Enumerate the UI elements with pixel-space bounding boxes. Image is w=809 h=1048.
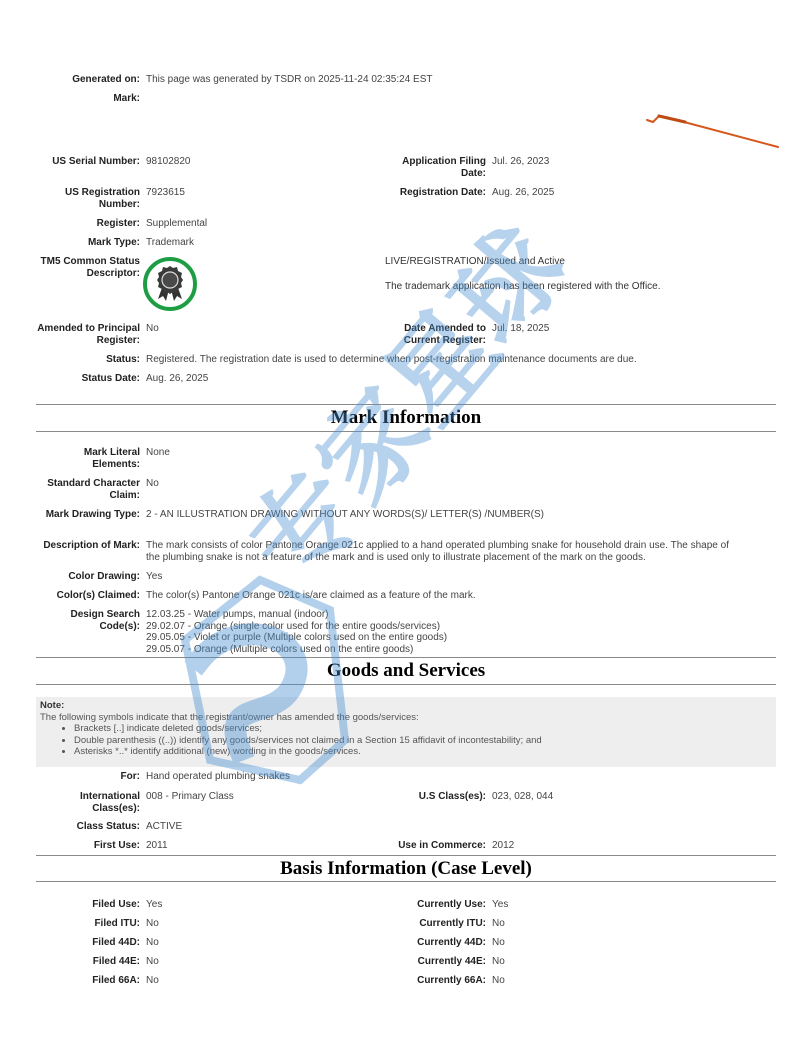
class-status-value: ACTIVE xyxy=(140,821,386,833)
basis-current-label: Currently 44D: xyxy=(376,937,486,949)
amended-principal-value: No xyxy=(140,323,386,347)
status-label: Status: xyxy=(36,354,140,366)
mark-label: Mark: xyxy=(36,93,140,105)
section-basis-information: Basis Information (Case Level) xyxy=(36,855,776,882)
serial-number-row: US Serial Number: 98102820 xyxy=(36,156,386,168)
date-amended-row: Date Amended to Current Register: Jul. 1… xyxy=(376,323,549,347)
basis-filed-value: No xyxy=(140,956,386,968)
us-class-label: U.S Class(es): xyxy=(376,791,486,803)
basis-current-value: Yes xyxy=(486,899,508,911)
class-status-row: Class Status: ACTIVE xyxy=(36,821,386,833)
basis-current-value: No xyxy=(486,937,505,949)
generated-on-value: This page was generated by TSDR on 2025-… xyxy=(140,74,746,86)
first-use-row: First Use: 2011 xyxy=(36,840,386,852)
basis-filed-label: Filed 44E: xyxy=(36,956,140,968)
basis-filed-label: Filed ITU: xyxy=(36,918,140,930)
for-row: For: Hand operated plumbing snakes xyxy=(36,771,386,783)
design-code: 29.02.07 - Orange (single color used for… xyxy=(146,621,746,633)
basis-filed-value: Yes xyxy=(140,899,386,911)
tm5-status: LIVE/REGISTRATION/Issued and Active xyxy=(385,256,765,268)
reg-number-label: US Registration Number: xyxy=(36,187,140,211)
intl-class-label: International Class(es): xyxy=(36,791,140,815)
basis-filed-value: No xyxy=(140,937,386,949)
intl-class-row: International Class(es): 008 - Primary C… xyxy=(36,791,386,815)
drawing-type-value: 2 - AN ILLUSTRATION DRAWING WITHOUT ANY … xyxy=(140,509,746,521)
standard-character-label: Standard Character Claim: xyxy=(36,478,140,502)
status-date-row: Status Date: Aug. 26, 2025 xyxy=(36,373,386,385)
use-in-commerce-value: 2012 xyxy=(486,840,514,852)
for-value: Hand operated plumbing snakes xyxy=(140,771,386,783)
status-row: Status: Registered. The registration dat… xyxy=(36,354,766,366)
description-line-1: The mark consists of color Pantone Orang… xyxy=(146,540,776,552)
tm5-status-badge xyxy=(143,257,197,311)
status-value: Registered. The registration date is use… xyxy=(140,354,766,366)
color-drawing-label: Color Drawing: xyxy=(36,571,140,583)
color-drawing-row: Color Drawing: Yes xyxy=(36,571,386,583)
basis-current-row: Currently 44E:No xyxy=(376,956,505,968)
standard-character-value: No xyxy=(140,478,386,502)
mark-row: Mark: xyxy=(36,93,140,105)
basis-current-row: Currently 66A:No xyxy=(376,975,505,987)
description-line-2: the plumbing snake is not a feature of t… xyxy=(146,552,776,564)
use-in-commerce-row: Use in Commerce: 2012 xyxy=(376,840,514,852)
generated-on-label: Generated on: xyxy=(36,74,140,86)
basis-filed-row: Filed ITU:No xyxy=(36,918,386,930)
description-row: Description of Mark: The mark consists o… xyxy=(36,540,776,564)
first-use-label: First Use: xyxy=(36,840,140,852)
basis-filed-label: Filed Use: xyxy=(36,899,140,911)
literal-elements-label: Mark Literal Elements: xyxy=(36,447,140,471)
basis-current-label: Currently Use: xyxy=(376,899,486,911)
us-class-value: 023, 028, 044 xyxy=(486,791,553,803)
colors-claimed-row: Color(s) Claimed: The color(s) Pantone O… xyxy=(36,590,746,602)
tm5-label: TM5 Common Status Descriptor: xyxy=(12,256,140,280)
description-label: Description of Mark: xyxy=(36,540,140,564)
register-value: Supplemental xyxy=(140,218,386,230)
amended-principal-row: Amended to Principal Register: No xyxy=(36,323,386,347)
basis-filed-label: Filed 44D: xyxy=(36,937,140,949)
serial-number-value: 98102820 xyxy=(140,156,386,168)
reg-date-value: Aug. 26, 2025 xyxy=(486,187,554,199)
design-code: 29.05.05 - Violet or purple (Multiple co… xyxy=(146,632,746,644)
filing-date-row: Application Filing Date: Jul. 26, 2023 xyxy=(376,156,549,180)
basis-current-row: Currently 44D:No xyxy=(376,937,505,949)
filing-date-label: Application Filing Date: xyxy=(376,156,486,180)
drawing-type-row: Mark Drawing Type: 2 - AN ILLUSTRATION D… xyxy=(36,509,746,521)
award-ribbon-icon xyxy=(154,265,186,303)
basis-filed-row: Filed 44E:No xyxy=(36,956,386,968)
register-row: Register: Supplemental xyxy=(36,218,386,230)
literal-elements-row: Mark Literal Elements: None xyxy=(36,447,386,471)
serial-number-label: US Serial Number: xyxy=(36,156,140,168)
basis-filed-row: Filed 66A:No xyxy=(36,975,386,987)
note-title: Note: xyxy=(40,700,772,712)
basis-filed-value: No xyxy=(140,975,386,987)
mark-type-label: Mark Type: xyxy=(36,237,140,249)
register-label: Register: xyxy=(36,218,140,230)
design-search-row: Design Search Code(s): 12.03.25 - Water … xyxy=(36,609,746,655)
orange-plumbing-snake-image xyxy=(645,110,780,150)
basis-filed-label: Filed 66A: xyxy=(36,975,140,987)
standard-character-row: Standard Character Claim: No xyxy=(36,478,386,502)
us-class-row: U.S Class(es): 023, 028, 044 xyxy=(376,791,553,803)
note-item: Double parenthesis ((..)) identify any g… xyxy=(74,735,772,747)
mark-type-row: Mark Type: Trademark xyxy=(36,237,386,249)
reg-number-row: US Registration Number: 7923615 xyxy=(36,187,386,211)
tm5-row: TM5 Common Status Descriptor: xyxy=(36,256,140,280)
basis-current-label: Currently 66A: xyxy=(376,975,486,987)
date-amended-label: Date Amended to Current Register: xyxy=(376,323,486,347)
section-goods-and-services: Goods and Services xyxy=(36,657,776,685)
section-mark-information: Mark Information xyxy=(36,404,776,432)
amended-principal-label: Amended to Principal Register: xyxy=(36,323,140,347)
basis-current-value: No xyxy=(486,956,505,968)
note-item: Asterisks *..* identify additional (new)… xyxy=(74,746,772,758)
basis-filed-value: No xyxy=(140,918,386,930)
basis-filed-row: Filed Use:Yes xyxy=(36,899,386,911)
note-item: Brackets [..] indicate deleted goods/ser… xyxy=(74,723,772,735)
basis-current-label: Currently 44E: xyxy=(376,956,486,968)
basis-current-value: No xyxy=(486,975,505,987)
note-intro: The following symbols indicate that the … xyxy=(40,712,772,724)
reg-date-row: Registration Date: Aug. 26, 2025 xyxy=(376,187,554,199)
mark-type-value: Trademark xyxy=(140,237,386,249)
use-in-commerce-label: Use in Commerce: xyxy=(376,840,486,852)
status-date-label: Status Date: xyxy=(36,373,140,385)
first-use-value: 2011 xyxy=(140,840,386,852)
colors-claimed-value: The color(s) Pantone Orange 021c is/are … xyxy=(140,590,746,602)
tm5-description: The trademark application has been regis… xyxy=(385,281,765,293)
description-value: The mark consists of color Pantone Orang… xyxy=(140,540,776,564)
generated-on-row: Generated on: This page was generated by… xyxy=(36,74,746,86)
design-code: 12.03.25 - Water pumps, manual (indoor) xyxy=(146,609,746,621)
color-drawing-value: Yes xyxy=(140,571,386,583)
note-list: Brackets [..] indicate deleted goods/ser… xyxy=(40,723,772,758)
basis-current-value: No xyxy=(486,918,505,930)
basis-filed-row: Filed 44D:No xyxy=(36,937,386,949)
drawing-type-label: Mark Drawing Type: xyxy=(36,509,140,521)
intl-class-value: 008 - Primary Class xyxy=(140,791,386,815)
literal-elements-value: None xyxy=(140,447,386,471)
status-date-value: Aug. 26, 2025 xyxy=(140,373,386,385)
basis-current-label: Currently ITU: xyxy=(376,918,486,930)
class-status-label: Class Status: xyxy=(36,821,140,833)
date-amended-value: Jul. 18, 2025 xyxy=(486,323,549,347)
reg-date-label: Registration Date: xyxy=(376,187,486,199)
colors-claimed-label: Color(s) Claimed: xyxy=(36,590,140,602)
design-code: 29.05.07 - Orange (Multiple colors used … xyxy=(146,644,746,656)
amendment-note: Note: The following symbols indicate tha… xyxy=(36,697,776,767)
basis-current-row: Currently Use:Yes xyxy=(376,899,508,911)
reg-number-value: 7923615 xyxy=(140,187,386,211)
filing-date-value: Jul. 26, 2023 xyxy=(486,156,549,180)
basis-current-row: Currently ITU:No xyxy=(376,918,505,930)
design-search-label: Design Search Code(s): xyxy=(36,609,140,655)
design-codes-list: 12.03.25 - Water pumps, manual (indoor) … xyxy=(140,609,746,655)
for-label: For: xyxy=(36,771,140,783)
